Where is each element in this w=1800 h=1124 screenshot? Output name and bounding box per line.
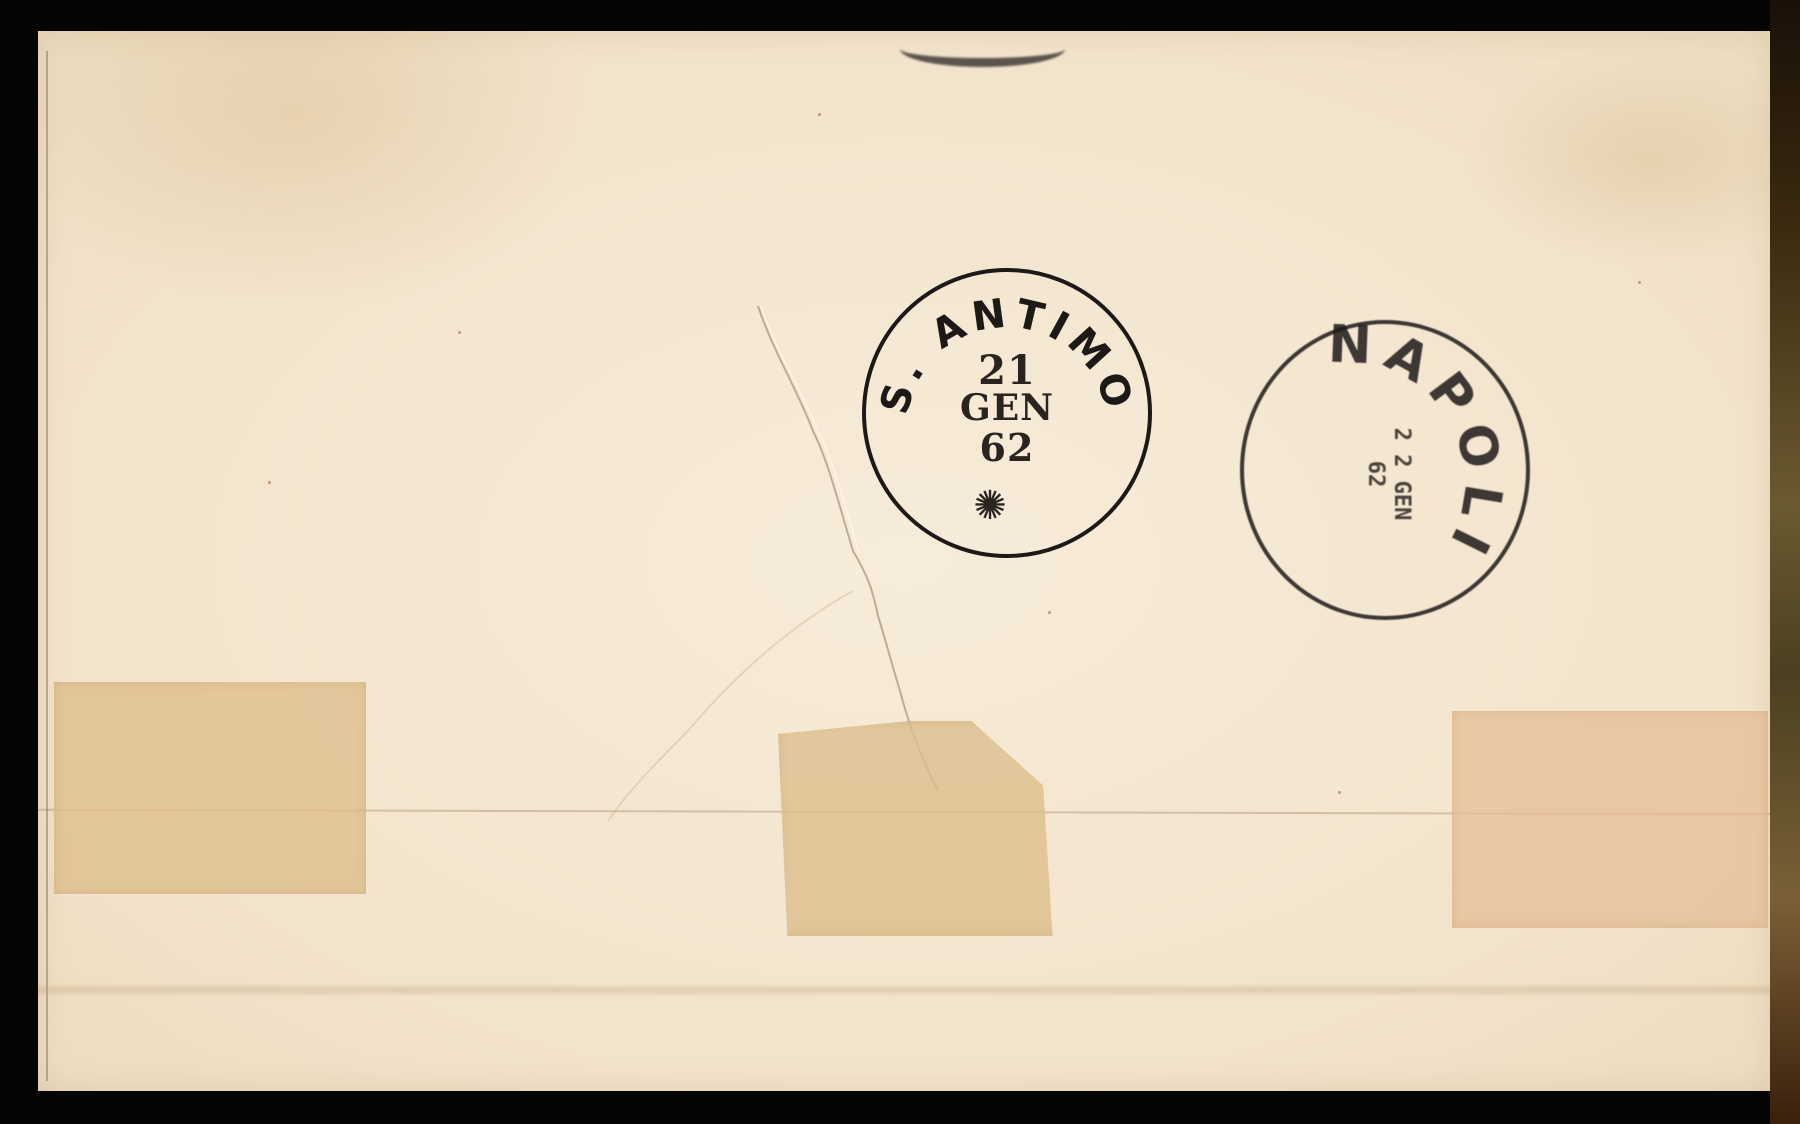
star-flower-icon: ✺	[968, 484, 1012, 528]
postmark-napoli-date: 2 2 GEN 62	[1314, 414, 1414, 534]
postmark-month: GEN	[866, 387, 1148, 429]
background-glare	[1770, 0, 1800, 1124]
photo-scene: S. ANTIMO 21 GEN 62 ✺ NAPOLI 2 2 GEN 62	[0, 0, 1800, 1124]
postmark-napoli: NAPOLI 2 2 GEN 62	[1240, 320, 1530, 620]
postmark-santimo: S. ANTIMO 21 GEN 62 ✺	[862, 268, 1152, 558]
left-fold-edge	[46, 51, 48, 1081]
hinge-tape-left	[54, 682, 366, 894]
hinge-tape-right	[1452, 711, 1768, 928]
postmark-year: 62	[866, 425, 1148, 470]
partial-postmark-top	[900, 31, 1065, 67]
bottom-fold-crease	[38, 983, 1770, 997]
hinge-tape-center	[778, 721, 1090, 936]
